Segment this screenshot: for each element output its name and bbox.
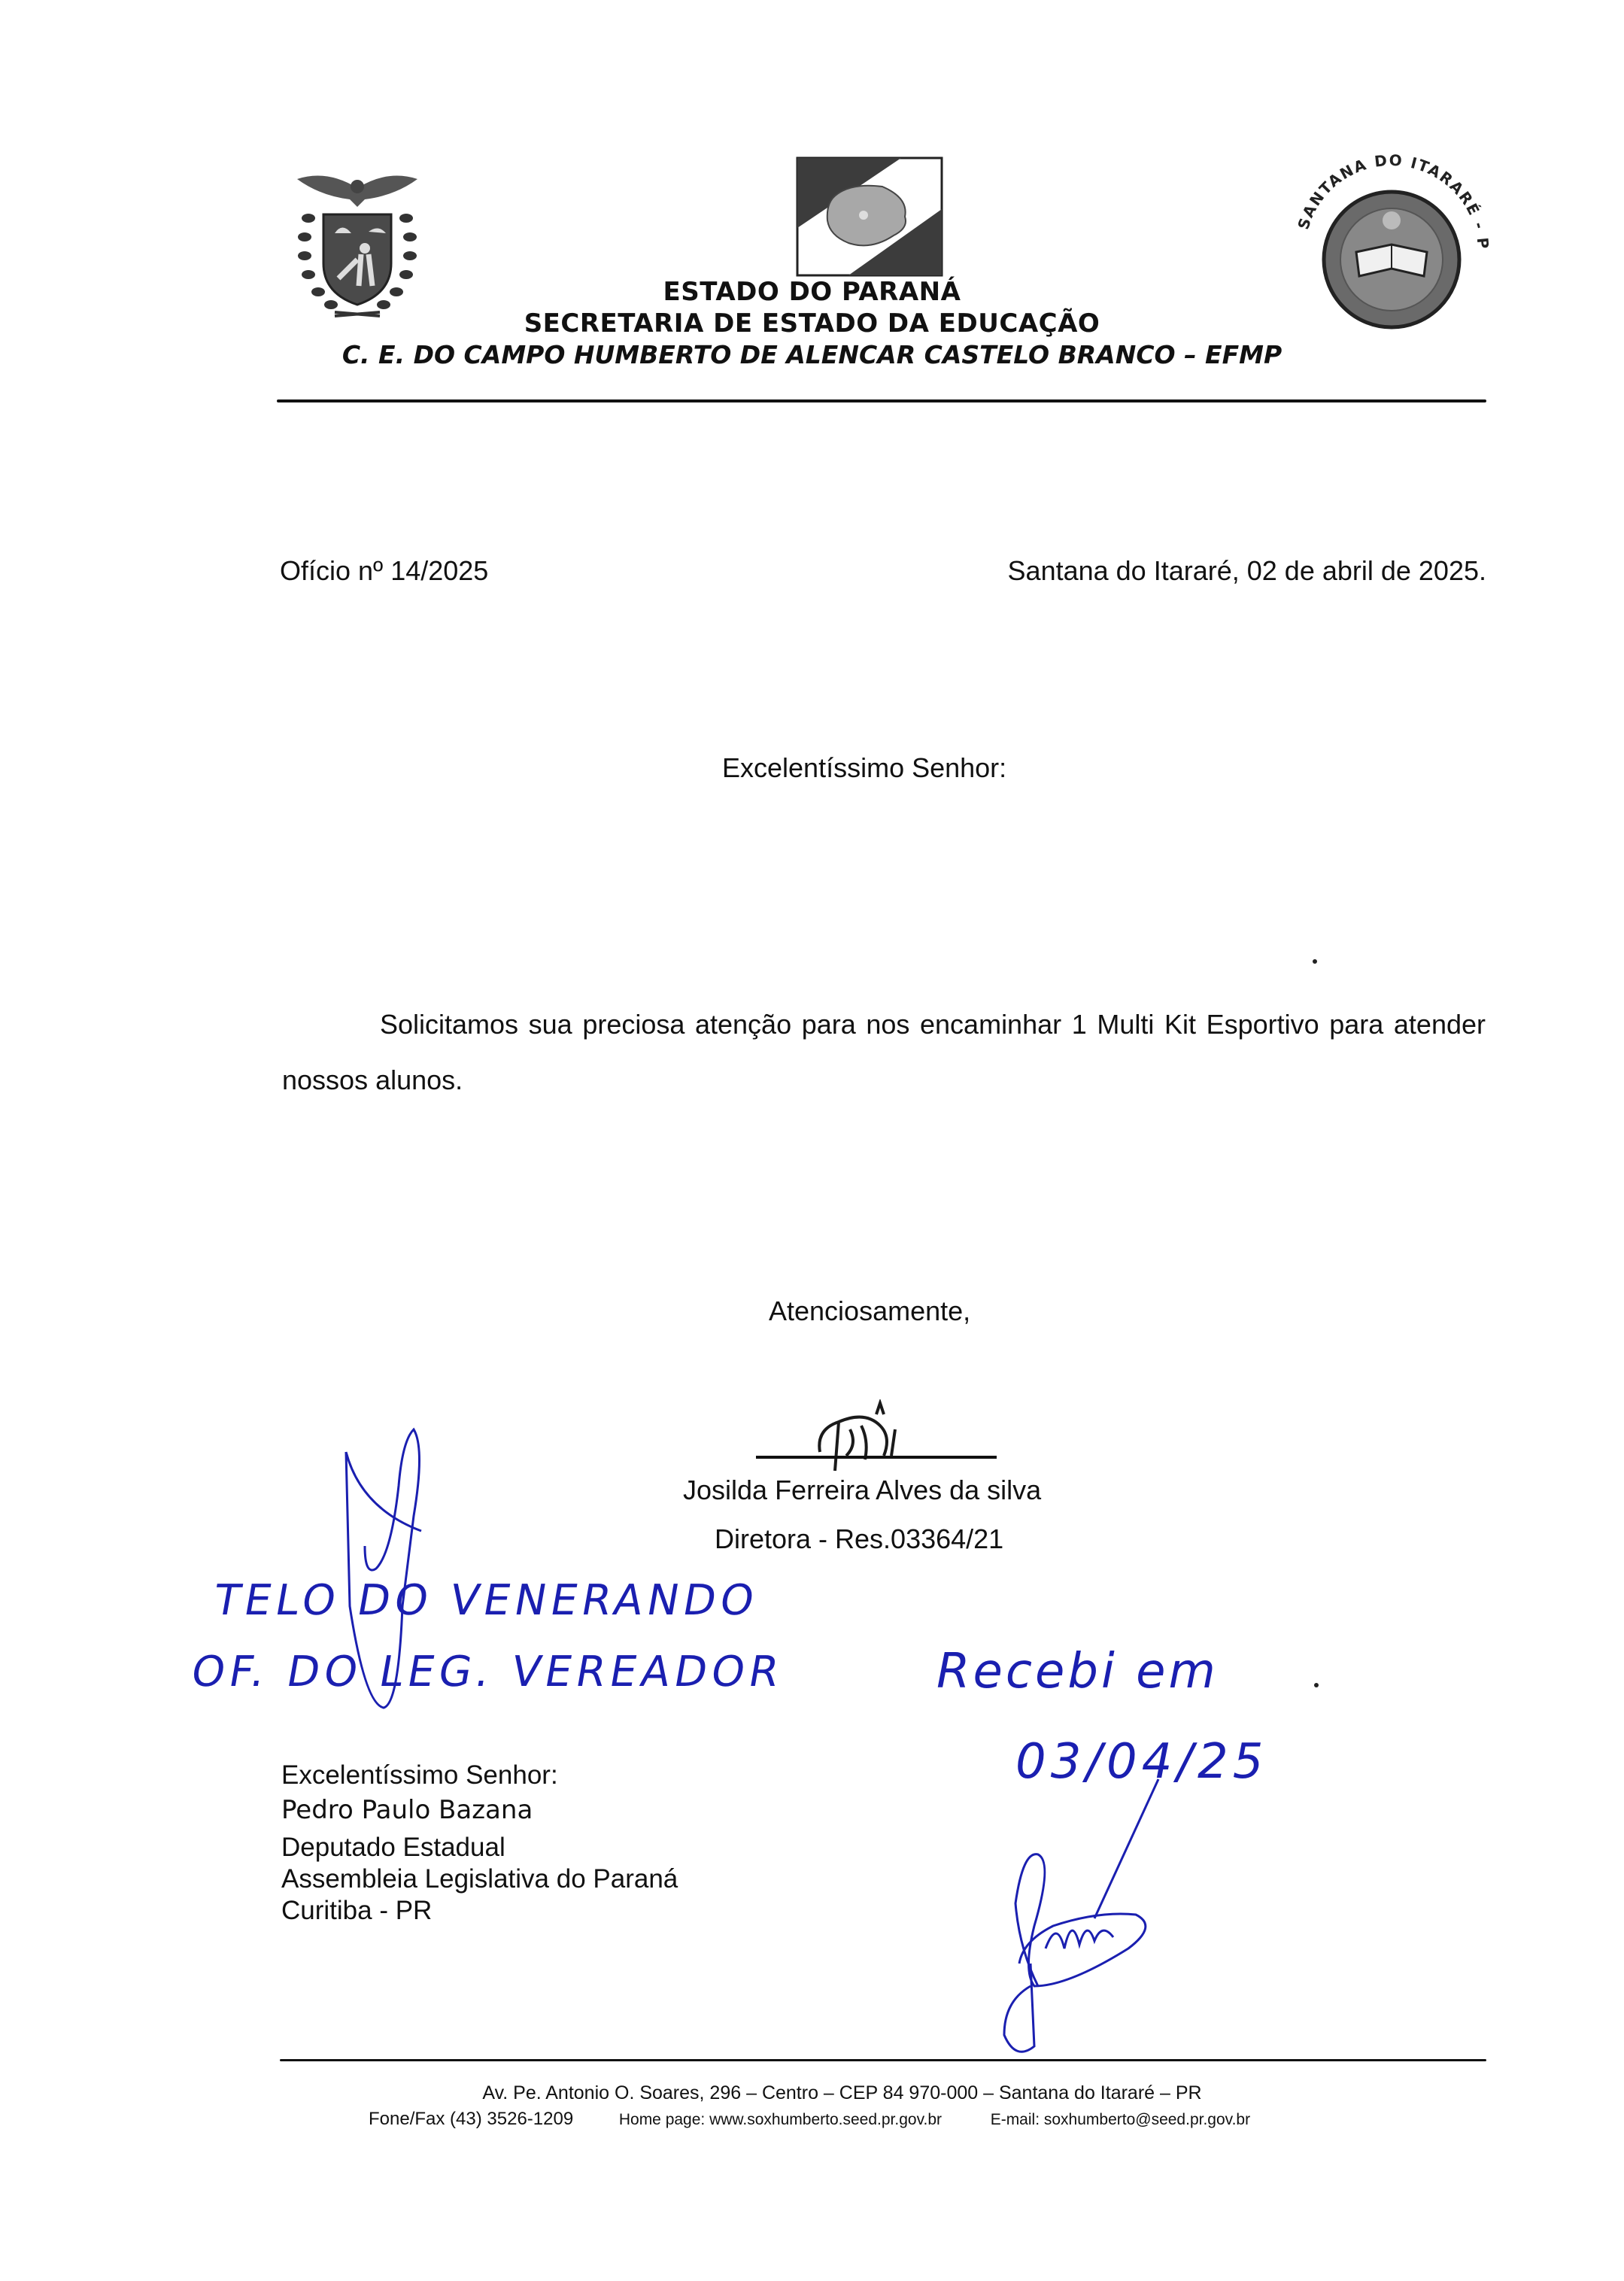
handwritten-signature-right-icon <box>963 1700 1234 2061</box>
stray-mark <box>1314 1683 1319 1687</box>
letter-paragraph: Solicitamos sua preciosa atenção para no… <box>282 997 1486 1108</box>
addressee-title: Deputado Estadual <box>281 1833 505 1863</box>
header-state: ESTADO DO PARANÁ <box>0 277 1624 307</box>
handwritten-note-line2: OF. DO LEG. VEREADOR <box>187 1648 787 1696</box>
closing: Atenciosamente, <box>769 1295 970 1327</box>
signature-line <box>756 1456 997 1459</box>
footer-homepage-link[interactable]: Home page: www.soxhumberto.seed.pr.gov.b… <box>619 2111 942 2129</box>
handwritten-received-label: Recebi em <box>936 1644 1219 1699</box>
header-school: C. E. DO CAMPO HUMBERTO DE ALENCAR CASTE… <box>0 340 1624 369</box>
footer-divider <box>280 2059 1486 2061</box>
footer-address: Av. Pe. Antonio O. Soares, 296 – Centro … <box>0 2082 1624 2104</box>
signer-name: Josilda Ferreira Alves da silva <box>683 1475 1041 1506</box>
header-divider <box>277 399 1486 402</box>
salutation: Excelentíssimo Senhor: <box>722 752 1006 784</box>
director-signature-icon <box>805 1399 925 1478</box>
handwritten-note-line1: TELO DO VENERANDO <box>210 1576 762 1625</box>
footer-phone: Fone/Fax (43) 3526-1209 <box>369 2109 573 2130</box>
letter-reference: Ofício nº 14/2025 <box>280 555 488 587</box>
addressee-name: Pedro Paulo Bazana <box>281 1795 533 1825</box>
addressee-city: Curitiba - PR <box>281 1896 432 1926</box>
parana-state-map-logo-icon <box>796 156 943 277</box>
stray-mark <box>1313 959 1317 964</box>
header-secretariat: SECRETARIA DE ESTADO DA EDUCAÇÃO <box>0 308 1624 339</box>
signer-role: Diretora - Res.03364/21 <box>715 1523 1003 1555</box>
place-date: Santana do Itararé, 02 de abril de 2025. <box>1008 555 1486 587</box>
footer-email-link[interactable]: E-mail: soxhumberto@seed.pr.gov.br <box>991 2111 1250 2129</box>
footer-contacts: Fone/Fax (43) 3526-1209 Home page: www.s… <box>369 2109 1250 2130</box>
addressee-institution: Assembleia Legislativa do Paraná <box>281 1864 678 1894</box>
addressee-salutation: Excelentíssimo Senhor: <box>281 1760 558 1790</box>
